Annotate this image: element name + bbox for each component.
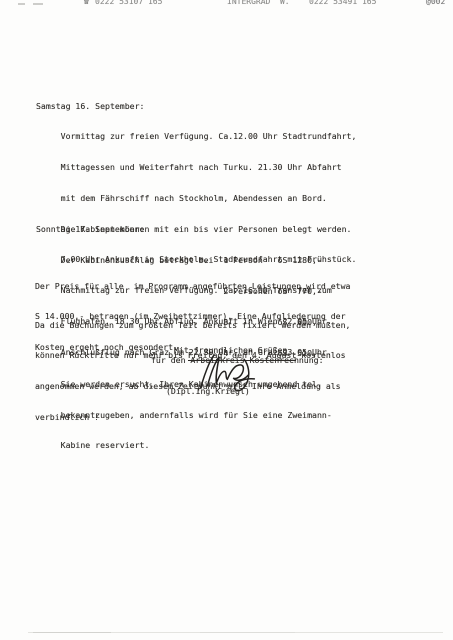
signer-name: (Dipl.Ing.Kriegl) bbox=[166, 386, 250, 396]
phone-icon: ☎ bbox=[84, 0, 89, 7]
fax-header: ☎ 0222 53107 165 INTERGRAD W. 0222 53491… bbox=[0, 0, 453, 8]
header-artifact bbox=[18, 3, 25, 5]
scan-artifact-line bbox=[33, 632, 111, 633]
letter-line: Der Preis für alle im Programm angeführt… bbox=[35, 281, 350, 291]
fax-page-indicator: @002 bbox=[426, 0, 445, 7]
section-heading-sunday: Sonntag 17. September: bbox=[36, 224, 356, 234]
fax-header-left-number: 0222 53107 165 bbox=[95, 0, 162, 7]
fax-header-right-number: 0222 53491 165 bbox=[309, 0, 376, 7]
letter-line: Mittagessen und Weiterfahrt nach Turku. … bbox=[36, 162, 356, 172]
letter-line: verbindlich ! bbox=[35, 412, 350, 422]
fax-header-center-text: INTERGRAD W. bbox=[227, 0, 290, 7]
section-heading-saturday: Samstag 16. September: bbox=[36, 101, 356, 111]
letter-line: Vormittag zur freien Verfügung. Ca.12.00… bbox=[36, 131, 356, 141]
letter-line: Da die Buchungen zum größten Teil bereit… bbox=[35, 320, 350, 330]
scanned-fax-letter: ☎ 0222 53107 165 INTERGRAD W. 0222 53491… bbox=[0, 0, 453, 640]
header-artifact bbox=[33, 3, 43, 5]
scan-artifact-line bbox=[200, 632, 295, 633]
